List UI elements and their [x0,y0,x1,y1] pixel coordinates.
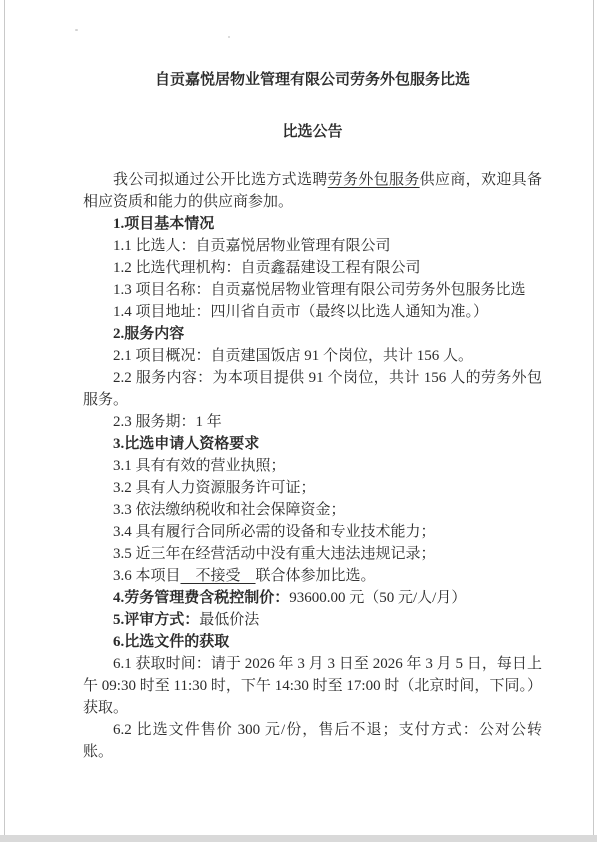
scan-bottom-edge [0,835,597,842]
item-1-1: 1.1 比选人：自贡嘉悦居物业管理有限公司 [83,235,542,257]
document-title: 自贡嘉悦居物业管理有限公司劳务外包服务比选 [83,0,542,91]
item-1-3: 1.3 项目名称：自贡嘉悦居物业管理有限公司劳务外包服务比选 [83,279,542,301]
item-6-1: 6.1 获取时间：请于 2026 年 3 月 3 日至 2026 年 3 月 5… [83,653,542,719]
section-4-value: 93600.00 元（50 元/人/月） [289,590,466,606]
section-5-line: 5.评审方式：最低价法 [83,609,542,631]
section-1-heading: 1.项目基本情况 [83,213,542,235]
item-3-1: 3.1 具有有效的营业执照； [83,455,542,477]
section-5-label: 5.评审方式： [113,612,199,628]
section-2-heading: 2.服务内容 [83,323,542,345]
item-3-4: 3.4 具有履行合同所必需的设备和专业技术能力； [83,521,542,543]
section-6-heading: 6.比选文件的获取 [83,631,542,653]
document-page: 自贡嘉悦居物业管理有限公司劳务外包服务比选 比选公告 我公司拟通过公开比选方式选… [0,0,597,842]
section-4-line: 4.劳务管理费含税控制价：93600.00 元（50 元/人/月） [83,587,542,609]
item-3-6-text-pre: 3.6 本项目 [113,568,181,584]
announcement-heading: 比选公告 [83,121,542,143]
intro-text-pre: 我公司拟通过公开比选方式选聘 [113,172,328,188]
item-3-2: 3.2 具有人力资源服务许可证； [83,477,542,499]
item-6-2: 6.2 比选文件售价 300 元/份，售后不退；支付方式：公对公转账。 [83,719,542,763]
item-2-2: 2.2 服务内容：为本项目提供 91 个岗位，共计 156 人的劳务外包服务。 [83,367,542,411]
document-body: 自贡嘉悦居物业管理有限公司劳务外包服务比选 比选公告 我公司拟通过公开比选方式选… [83,0,542,763]
section-5-value: 最低价法 [199,612,259,628]
item-3-6-text-post: 联合体参加比选。 [256,568,376,584]
page-right-edge [593,0,594,842]
item-2-1: 2.1 项目概况：自贡建国饭店 91 个岗位，共计 156 人。 [83,345,542,367]
section-4-label: 4.劳务管理费含税控制价： [113,590,289,606]
page-left-edge [4,0,5,835]
item-3-6-underlined-value: 不接受 [181,568,256,584]
section-3-heading: 3.比选申请人资格要求 [83,433,542,455]
item-1-4: 1.4 项目地址：四川省自贡市（最终以比选人通知为准。） [83,301,542,323]
scan-speck [75,29,78,31]
item-1-2: 1.2 比选代理机构：自贡鑫磊建设工程有限公司 [83,257,542,279]
item-3-3: 3.3 依法缴纳税收和社会保障资金； [83,499,542,521]
item-2-3: 2.3 服务期：1 年 [83,411,542,433]
item-3-5: 3.5 近三年在经营活动中没有重大违法违规记录； [83,543,542,565]
intro-paragraph: 我公司拟通过公开比选方式选聘劳务外包服务供应商，欢迎具备相应资质和能力的供应商参… [83,169,542,213]
intro-underlined-term: 劳务外包服务 [328,172,420,188]
item-3-6: 3.6 本项目 不接受 联合体参加比选。 [83,565,542,587]
